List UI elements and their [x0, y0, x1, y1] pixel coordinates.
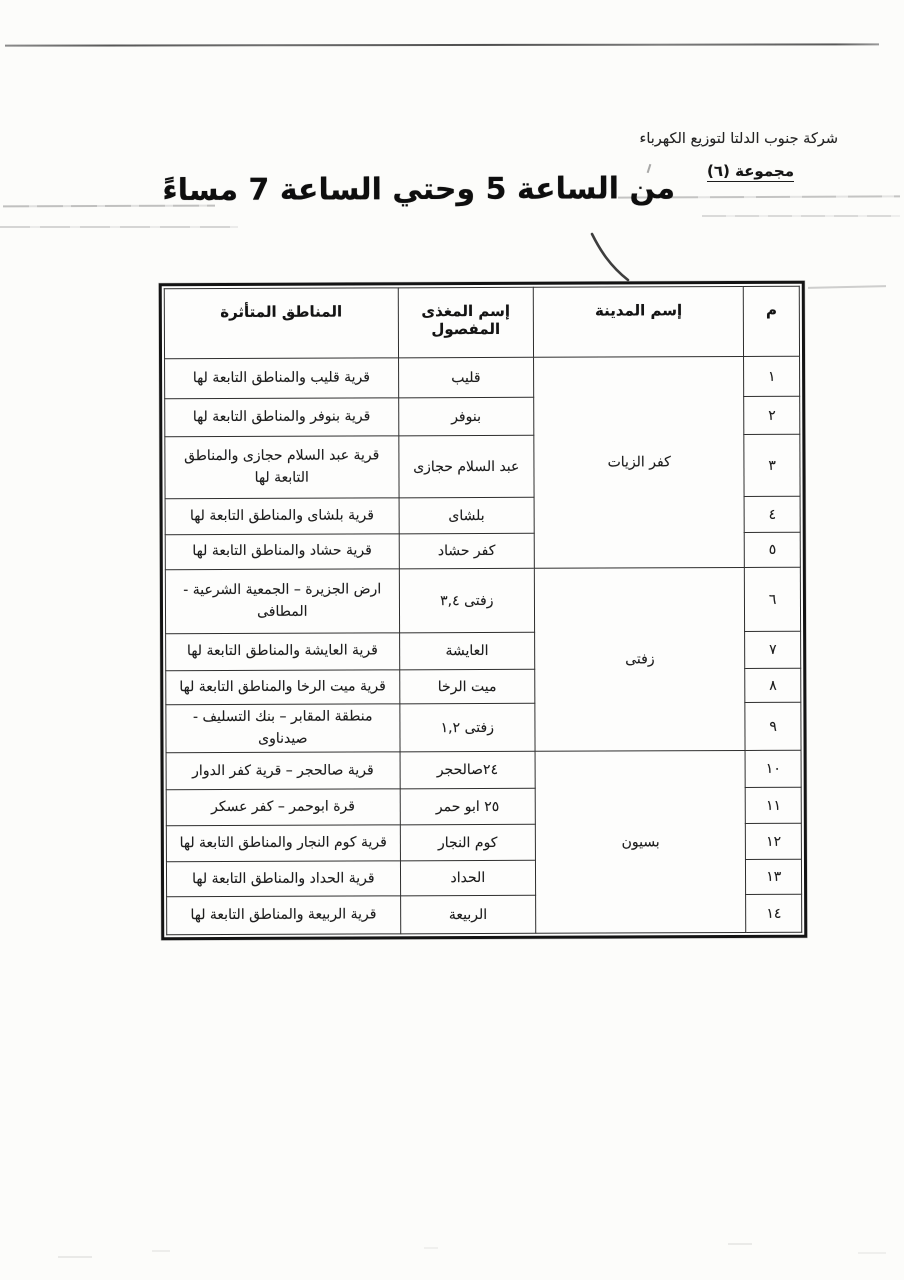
row-number-cell: ١	[744, 356, 800, 396]
feeder-cell: كوم النجار	[400, 825, 536, 862]
feeder-cell: كفر حشاد	[399, 533, 535, 569]
areas-cell: قرية حشاد والمناطق التابعة لها	[165, 534, 399, 570]
table-header-row: م إسم المدينة إسم المغذى المفصول المناطق…	[164, 286, 799, 358]
feeder-cell: عبد السلام حجازى	[398, 435, 534, 498]
scanned-document-page: { "header": { "company": "شركة جنوب الدل…	[0, 0, 904, 1280]
row-number-cell: ١٤	[746, 895, 802, 933]
areas-cell: قرة ابوحمر – كفر عسكر	[166, 789, 400, 826]
outage-table: م إسم المدينة إسم المغذى المفصول المناطق…	[159, 281, 808, 941]
page-title: من الساعة 5 وحتي الساعة 7 مساءً	[185, 165, 675, 215]
row-number-cell: ٧	[745, 631, 801, 668]
feeder-cell: زفتى ٣,٤	[399, 568, 535, 633]
row-number-cell: ١٣	[746, 860, 802, 895]
areas-cell: منطقة المقابر – بنك التسليف - صيدناوى	[166, 704, 400, 753]
city-cell: بسيون	[535, 751, 746, 934]
areas-cell: قرية عبد السلام حجازى والمناطق التابعة ل…	[165, 436, 399, 499]
row-number-cell: ٨	[745, 668, 801, 702]
row-number-cell: ٤	[744, 496, 800, 532]
areas-cell: قرية العايشة والمناطق التابعة لها	[166, 633, 400, 671]
scan-streak-right-2	[702, 215, 900, 217]
areas-cell: قرية الحداد والمناطق التابعة لها	[166, 861, 400, 897]
scan-dash-near-table	[808, 285, 886, 289]
row-number-cell: ٦	[745, 567, 801, 631]
feeder-cell: ٢٤صالحجر	[400, 752, 536, 790]
scan-speck-3	[424, 1247, 438, 1249]
areas-cell: قرية صالحجر – قرية كفر الدوار	[166, 752, 400, 790]
row-number-cell: ١٢	[746, 824, 802, 860]
scan-speck-2	[152, 1250, 170, 1252]
scan-line-top	[5, 43, 879, 46]
city-cell: زفتى	[534, 567, 745, 751]
scan-speck-1	[58, 1256, 92, 1258]
column-header-city: إسم المدينة	[533, 286, 744, 357]
row-number-cell: ٩	[745, 702, 801, 751]
feeder-cell: الربيعة	[400, 896, 536, 935]
feeder-cell: قليب	[398, 357, 534, 398]
column-header-number: م	[744, 286, 800, 356]
table-row: ١ كفر الزيات قليب قرية قليب والمناطق الت…	[165, 356, 800, 398]
scan-speck-4	[728, 1243, 752, 1245]
row-number-cell: ٢	[744, 396, 800, 434]
feeder-cell: زفتى ١,٢	[399, 703, 535, 752]
scan-streak-left-2	[0, 226, 238, 228]
areas-cell: قرية بنوفر والمناطق التابعة لها	[165, 398, 399, 437]
row-number-cell: ١١	[746, 788, 802, 824]
table-row: ٦ زفتى زفتى ٣,٤ ارض الجزيرة – الجمعية ال…	[165, 567, 800, 633]
areas-cell: قرية ميت الرخا والمناطق التابعة لها	[166, 670, 400, 705]
feeder-cell: العايشة	[399, 632, 535, 670]
areas-cell: قرية قليب والمناطق التابعة لها	[165, 358, 399, 399]
column-header-areas: المناطق المتأثرة	[164, 288, 398, 359]
feeder-cell: ميت الرخا	[399, 669, 535, 704]
feeder-cell: بنوفر	[398, 397, 534, 436]
row-number-cell: ٣	[744, 434, 800, 496]
pen-stroke-artifact	[562, 230, 642, 288]
areas-cell: ارض الجزيرة – الجمعية الشرعية - المطافى	[165, 569, 399, 634]
group-label: مجموعة (٦)	[707, 162, 794, 182]
areas-cell: قرية الربيعة والمناطق التابعة لها	[167, 896, 401, 935]
areas-cell: قرية بلشاى والمناطق التابعة لها	[165, 498, 399, 535]
feeder-cell: ٢٥ ابو حمر	[400, 789, 536, 826]
feeder-cell: الحداد	[400, 861, 536, 897]
scan-speck-5	[858, 1252, 886, 1254]
city-cell: كفر الزيات	[534, 356, 745, 568]
feeder-cell: بلشاى	[399, 497, 535, 534]
company-name: شركة جنوب الدلتا لتوزيع الكهرباء	[640, 131, 838, 147]
table-row: ١٠ بسيون ٢٤صالحجر قرية صالحجر – قرية كفر…	[166, 751, 801, 790]
row-number-cell: ١٠	[745, 751, 801, 788]
areas-cell: قرية كوم النجار والمناطق التابعة لها	[166, 825, 400, 862]
row-number-cell: ٥	[745, 532, 801, 567]
column-header-feeder: إسم المغذى المفصول	[398, 287, 534, 358]
